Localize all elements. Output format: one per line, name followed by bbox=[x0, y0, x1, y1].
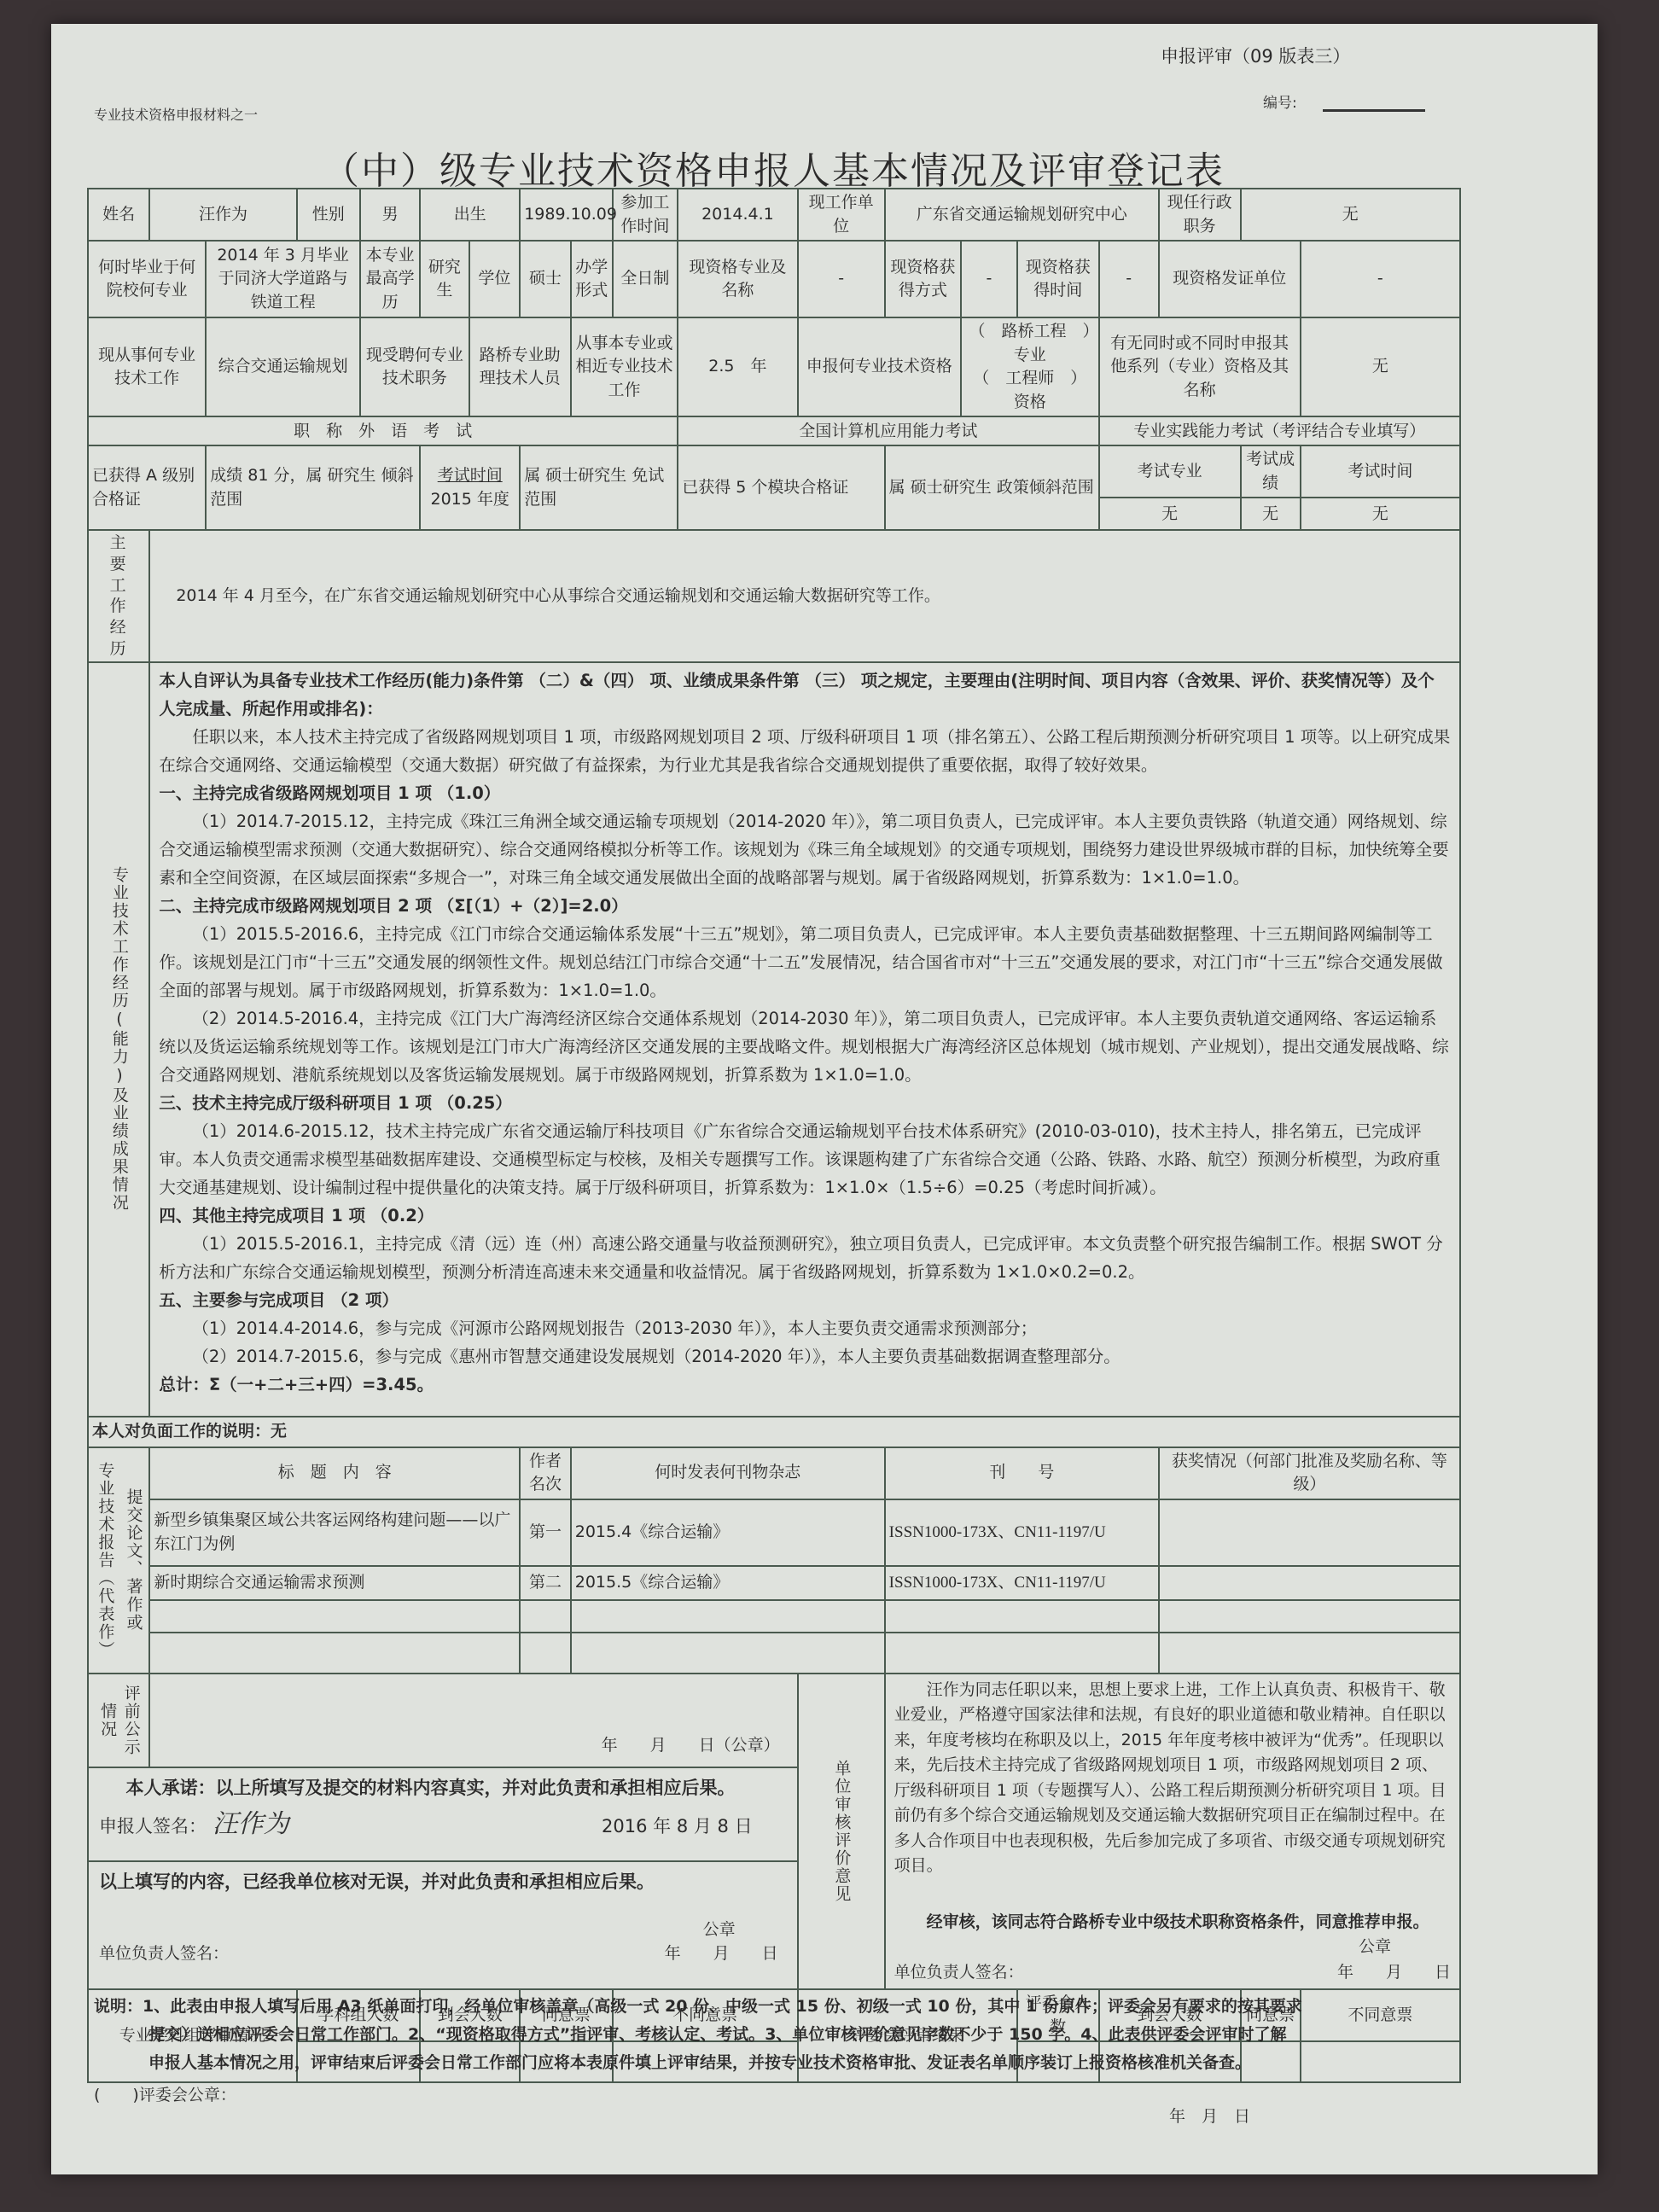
name-value[interactable]: 汪作为 bbox=[149, 189, 296, 241]
negative-work-note[interactable]: 本人对负面工作的说明：无 bbox=[88, 1417, 1460, 1447]
admin-post-value[interactable]: 无 bbox=[1241, 189, 1460, 241]
paper-rank[interactable] bbox=[520, 1633, 571, 1674]
achievements-label: 专业技术工作经历(能力)及业绩成果情况 bbox=[88, 662, 149, 1417]
name-label: 姓名 bbox=[88, 189, 149, 241]
qual-name-label: 现资格专业及名称 bbox=[678, 241, 797, 317]
section-heading: 四、其他主持完成项目 1 项 （0.2） bbox=[159, 1202, 1451, 1230]
serial-field[interactable] bbox=[1323, 109, 1425, 112]
pc-policy[interactable]: 属 硕士研究生 政策倾斜范围 bbox=[885, 445, 1099, 530]
unit-confirm-text: 以上填写的内容，已经我单位核对无误，并对此负责和承担相应后果。 bbox=[99, 1869, 787, 1895]
qual-time-label: 现资格获得时间 bbox=[1017, 241, 1099, 317]
apply-label: 申报何专业技术资格 bbox=[798, 317, 961, 416]
note-line: 提交）送相应评委会日常工作部门。2、“现资格取得方式”指评审、考核认定、考试。3… bbox=[94, 2021, 1493, 2049]
paper-row: 新时期综合交通运输需求预测 第二 2015.5《综合运输》 ISSN1000-1… bbox=[88, 1566, 1460, 1600]
gender-label: 性别 bbox=[297, 189, 360, 241]
section-heading: 五、主要参与完成项目 （2 项） bbox=[159, 1286, 1451, 1314]
birth-label: 出生 bbox=[420, 189, 520, 241]
hired-post-value[interactable]: 路桥专业助理技术人员 bbox=[469, 317, 571, 416]
paper-issn[interactable]: ISSN1000-173X、CN11-1197/U bbox=[885, 1566, 1159, 1600]
admin-post-label: 现任行政职务 bbox=[1159, 189, 1241, 241]
paper-journal[interactable]: 2015.5《综合运输》 bbox=[571, 1566, 885, 1600]
fl-time-label: 考试时间 bbox=[424, 464, 515, 488]
paper-title[interactable] bbox=[149, 1633, 520, 1674]
employer-value[interactable]: 广东省交通运输规划研究中心 bbox=[885, 189, 1159, 241]
papers-header-journal: 何时发表何刊物杂志 bbox=[571, 1447, 885, 1499]
unit-review-text: 汪作为同志任职以来，思想上要求上进，工作上认真负责、积极肯干、敬业爱业，严格遵守… bbox=[894, 1678, 1451, 1879]
paper-row bbox=[88, 1600, 1460, 1633]
edu-label: 本专业最高学历 bbox=[360, 241, 420, 317]
practice-header-score: 考试成绩 bbox=[1241, 445, 1301, 498]
qual-issuer-value[interactable]: - bbox=[1301, 241, 1460, 317]
papers-header-title: 标 题 内 容 bbox=[149, 1447, 520, 1499]
form-version: 申报评审（09 版表三） bbox=[1161, 43, 1350, 68]
achievements-total: 总计：Σ（一+二+三+四）=3.45。 bbox=[159, 1371, 1451, 1399]
gender-value[interactable]: 男 bbox=[360, 189, 420, 241]
work-start-value[interactable]: 2014.4.1 bbox=[678, 189, 797, 241]
employer-label: 现工作单位 bbox=[798, 189, 885, 241]
apply-value[interactable]: （ 路桥工程 ）专业 （ 工程师 ）资格 bbox=[961, 317, 1099, 416]
qual-method-value[interactable]: - bbox=[961, 241, 1017, 317]
unit-confirm-seal: 公章 bbox=[99, 1918, 787, 1942]
study-mode-label: 办学形式 bbox=[571, 241, 613, 317]
paper-award[interactable] bbox=[1159, 1600, 1460, 1633]
fl-time-value: 2015 年度 bbox=[424, 488, 515, 512]
graduation-value[interactable]: 2014 年 3 月毕业于同济大学道路与铁道工程 bbox=[206, 241, 360, 317]
paper-award[interactable] bbox=[1159, 1499, 1460, 1566]
pledge-sign-label: 申报人签名： bbox=[99, 1816, 207, 1837]
birth-value[interactable]: 1989.10.09 bbox=[520, 189, 612, 241]
paper-award[interactable] bbox=[1159, 1566, 1460, 1600]
committee-seal-date: 年 月 日 bbox=[1169, 2104, 1250, 2127]
committee-seal-label: ( )评委会公章： bbox=[94, 2082, 236, 2105]
section-item: （2）2014.7-2015.6，参与完成《惠州市智慧交通建设发展规划（2014… bbox=[159, 1342, 1451, 1371]
paper-row: 新型乡镇集聚区域公共客运网络构建问题——以广东江门为例 第一 2015.4《综合… bbox=[88, 1499, 1460, 1566]
study-mode-value[interactable]: 全日制 bbox=[613, 241, 678, 317]
section-heading: 一、主持完成省级路网规划项目 1 项 （1.0） bbox=[159, 779, 1451, 807]
publicity-label: 评前公示情况 bbox=[88, 1674, 149, 1767]
section-heading: 三、技术主持完成厅级科研项目 1 项 （0.25） bbox=[159, 1089, 1451, 1117]
pledge-date: 2016 年 8 月 8 日 bbox=[602, 1813, 787, 1839]
paper-rank[interactable] bbox=[520, 1600, 571, 1633]
paper-title[interactable]: 新时期综合交通运输需求预测 bbox=[149, 1566, 520, 1600]
paper-title[interactable]: 新型乡镇集聚区域公共客运网络构建问题——以广东江门为例 bbox=[149, 1499, 520, 1566]
section-heading: 二、主持完成市级路网规划项目 2 项 （Σ[（1）+（2）]=2.0） bbox=[159, 892, 1451, 920]
papers-header-issn: 刊 号 bbox=[885, 1447, 1159, 1499]
material-label: 专业技术资格申报材料之一 bbox=[94, 104, 258, 124]
years-value[interactable]: 2.5 年 bbox=[678, 317, 797, 416]
publicity-field[interactable]: 年 月 日（公章） bbox=[149, 1674, 797, 1767]
foreign-lang-title: 职 称 外 语 考 试 bbox=[88, 416, 678, 445]
section-item: （1）2015.5-2016.6，主持完成《江门市综合交通运输体系发展“十三五”… bbox=[159, 920, 1451, 1004]
work-start-label: 参加工作时间 bbox=[613, 189, 678, 241]
paper-journal[interactable] bbox=[571, 1600, 885, 1633]
achievements-text[interactable]: 本人自评认为具备专业技术工作经历(能力)条件第 （二）&（四） 项、业绩成果条件… bbox=[149, 662, 1460, 1417]
paper-journal[interactable] bbox=[571, 1633, 885, 1674]
fl-grade[interactable]: 已获得 A 级别合格证 bbox=[88, 445, 206, 530]
other-apply-label: 有无同时或不同时申报其他系列（专业）资格及其名称 bbox=[1099, 317, 1301, 416]
section-item: （1）2014.6-2015.12，技术主持完成广东省交通运输厅科技项目《广东省… bbox=[159, 1117, 1451, 1202]
papers-header-rank: 作者名次 bbox=[520, 1447, 571, 1499]
apply-level: （ 工程师 ）资格 bbox=[965, 367, 1095, 414]
hired-post-label: 现受聘何专业技术职务 bbox=[360, 317, 469, 416]
practice-time[interactable]: 无 bbox=[1301, 498, 1460, 530]
work-history-label: 主要工作经历 bbox=[88, 530, 149, 661]
pledge-text: 本人承诺：以上所填写及提交的材料内容真实，并对此负责和承担相应后果。 bbox=[99, 1775, 787, 1801]
paper-row bbox=[88, 1633, 1460, 1674]
years-label: 从事本专业或相近专业技术工作 bbox=[571, 317, 678, 416]
unit-review-sign-label: 单位负责人签名： bbox=[894, 1960, 1024, 1986]
fl-score[interactable]: 成绩 81 分，属 研究生 倾斜范围 bbox=[206, 445, 420, 530]
pc-modules[interactable]: 已获得 5 个模块合格证 bbox=[678, 445, 884, 530]
practice-score[interactable]: 无 bbox=[1241, 498, 1301, 530]
paper-title[interactable] bbox=[149, 1600, 520, 1633]
degree-label: 学位 bbox=[469, 241, 521, 317]
publicity-date: 年 月 日（公章） bbox=[602, 1736, 780, 1755]
computer-title: 全国计算机应用能力考试 bbox=[678, 416, 1098, 445]
paper-issn[interactable] bbox=[885, 1600, 1159, 1633]
unit-review-seal: 公章 bbox=[894, 1935, 1451, 1960]
achievements-summary: 任职以来，本人技术主持完成了省级路网规划项目 1 项，市级路网规划项目 2 项、… bbox=[159, 723, 1451, 779]
current-work-label: 现从事何专业技术工作 bbox=[88, 317, 206, 416]
qual-name-value[interactable]: - bbox=[798, 241, 885, 317]
qual-time-value[interactable]: - bbox=[1099, 241, 1159, 317]
unit-review-date: 年 月 日 bbox=[1337, 1960, 1451, 1986]
unit-confirm-date: 年 月 日 bbox=[665, 1942, 787, 1966]
fl-time[interactable]: 考试时间 2015 年度 bbox=[420, 445, 520, 530]
achievements-intro: 本人自评认为具备专业技术工作经历(能力)条件第 （二）&（四） 项、业绩成果条件… bbox=[159, 667, 1451, 723]
unit-review-field[interactable]: 汪作为同志任职以来，思想上要求上进，工作上认真负责、积极肯干、敬业爱业，严格遵守… bbox=[885, 1674, 1460, 1990]
practice-header-major: 考试专业 bbox=[1099, 445, 1241, 498]
unit-confirm-sign-label: 单位负责人签名： bbox=[99, 1942, 229, 1966]
main-form-table: 姓名 汪作为 性别 男 出生 1989.10.09 参加工作时间 2014.4.… bbox=[87, 188, 1461, 2083]
unit-review-label: 单位审核评价意见 bbox=[798, 1674, 885, 1990]
other-apply-value[interactable]: 无 bbox=[1301, 317, 1460, 416]
current-work-value[interactable]: 综合交通运输规划 bbox=[206, 317, 360, 416]
degree-value[interactable]: 硕士 bbox=[520, 241, 571, 317]
paper-rank[interactable]: 第一 bbox=[520, 1499, 571, 1566]
paper-journal[interactable]: 2015.4《综合运输》 bbox=[571, 1499, 885, 1566]
note-line: 申报人基本情况之用，评审结束后评委会日常工作部门应将本表原件填上评审结果，并按专… bbox=[94, 2049, 1493, 2077]
unit-confirm-field[interactable]: 以上填写的内容，已经我单位核对无误，并对此负责和承担相应后果。 公章 单位负责人… bbox=[88, 1861, 798, 1989]
pledge-field[interactable]: 本人承诺：以上所填写及提交的材料内容真实，并对此负责和承担相应后果。 申报人签名… bbox=[88, 1767, 798, 1861]
paper-issn[interactable] bbox=[885, 1633, 1159, 1674]
section-item: （1）2014.7-2015.12，主持完成《珠江三角洲全域交通运输专项规划（2… bbox=[159, 807, 1451, 892]
edu-value[interactable]: 研究生 bbox=[420, 241, 469, 317]
section-item: （1）2014.4-2014.6，参与完成《河源市公路网规划报告（2013-20… bbox=[159, 1314, 1451, 1342]
apply-major: （ 路桥工程 ）专业 bbox=[965, 320, 1095, 367]
unit-review-conclusion: 经审核，该同志符合路桥专业中级技术职称资格条件，同意推荐申报。 bbox=[894, 1910, 1451, 1935]
instructions: 说明：1、此表由申报人填写后用 A3 纸单面打印，经单位审核盖章（高级一式 20… bbox=[94, 1993, 1493, 2077]
paper-award[interactable] bbox=[1159, 1633, 1460, 1674]
fl-exempt[interactable]: 属 硕士研究生 免试范围 bbox=[520, 445, 678, 530]
serial-label: 编号: bbox=[1263, 90, 1297, 112]
section-item: （2）2014.5-2016.4，主持完成《江门大广海湾经济区综合交通体系规划（… bbox=[159, 1004, 1451, 1089]
qual-method-label: 现资格获得方式 bbox=[885, 241, 961, 317]
papers-label: 专业技术报告（代表作） 提交论文、著作或 bbox=[88, 1447, 149, 1674]
work-history-text[interactable]: 2014 年 4 月至今，在广东省交通运输规划研究中心从事综合交通运输规划和交通… bbox=[149, 530, 1460, 661]
paper-rank[interactable]: 第二 bbox=[520, 1566, 571, 1600]
practice-header-time: 考试时间 bbox=[1301, 445, 1460, 498]
applicant-signature: 汪作为 bbox=[212, 1809, 289, 1839]
qual-issuer-label: 现资格发证单位 bbox=[1159, 241, 1301, 317]
paper-issn[interactable]: ISSN1000-173X、CN11-1197/U bbox=[885, 1499, 1159, 1566]
note-line: 说明：1、此表由申报人填写后用 A3 纸单面打印，经单位审核盖章（高级一式 20… bbox=[94, 1997, 1302, 2016]
practice-major[interactable]: 无 bbox=[1099, 498, 1241, 530]
form-title: （中）级专业技术资格申报人基本情况及评审登记表 bbox=[0, 140, 1546, 195]
papers-header-award: 获奖情况（何部门批准及奖励名称、等级） bbox=[1159, 1447, 1460, 1499]
practice-title: 专业实践能力考试（考评结合专业填写） bbox=[1099, 416, 1460, 445]
section-item: （1）2015.5-2016.1，主持完成《清（远）连（州）高速公路交通量与收益… bbox=[159, 1230, 1451, 1286]
graduation-label: 何时毕业于何院校何专业 bbox=[88, 241, 206, 317]
